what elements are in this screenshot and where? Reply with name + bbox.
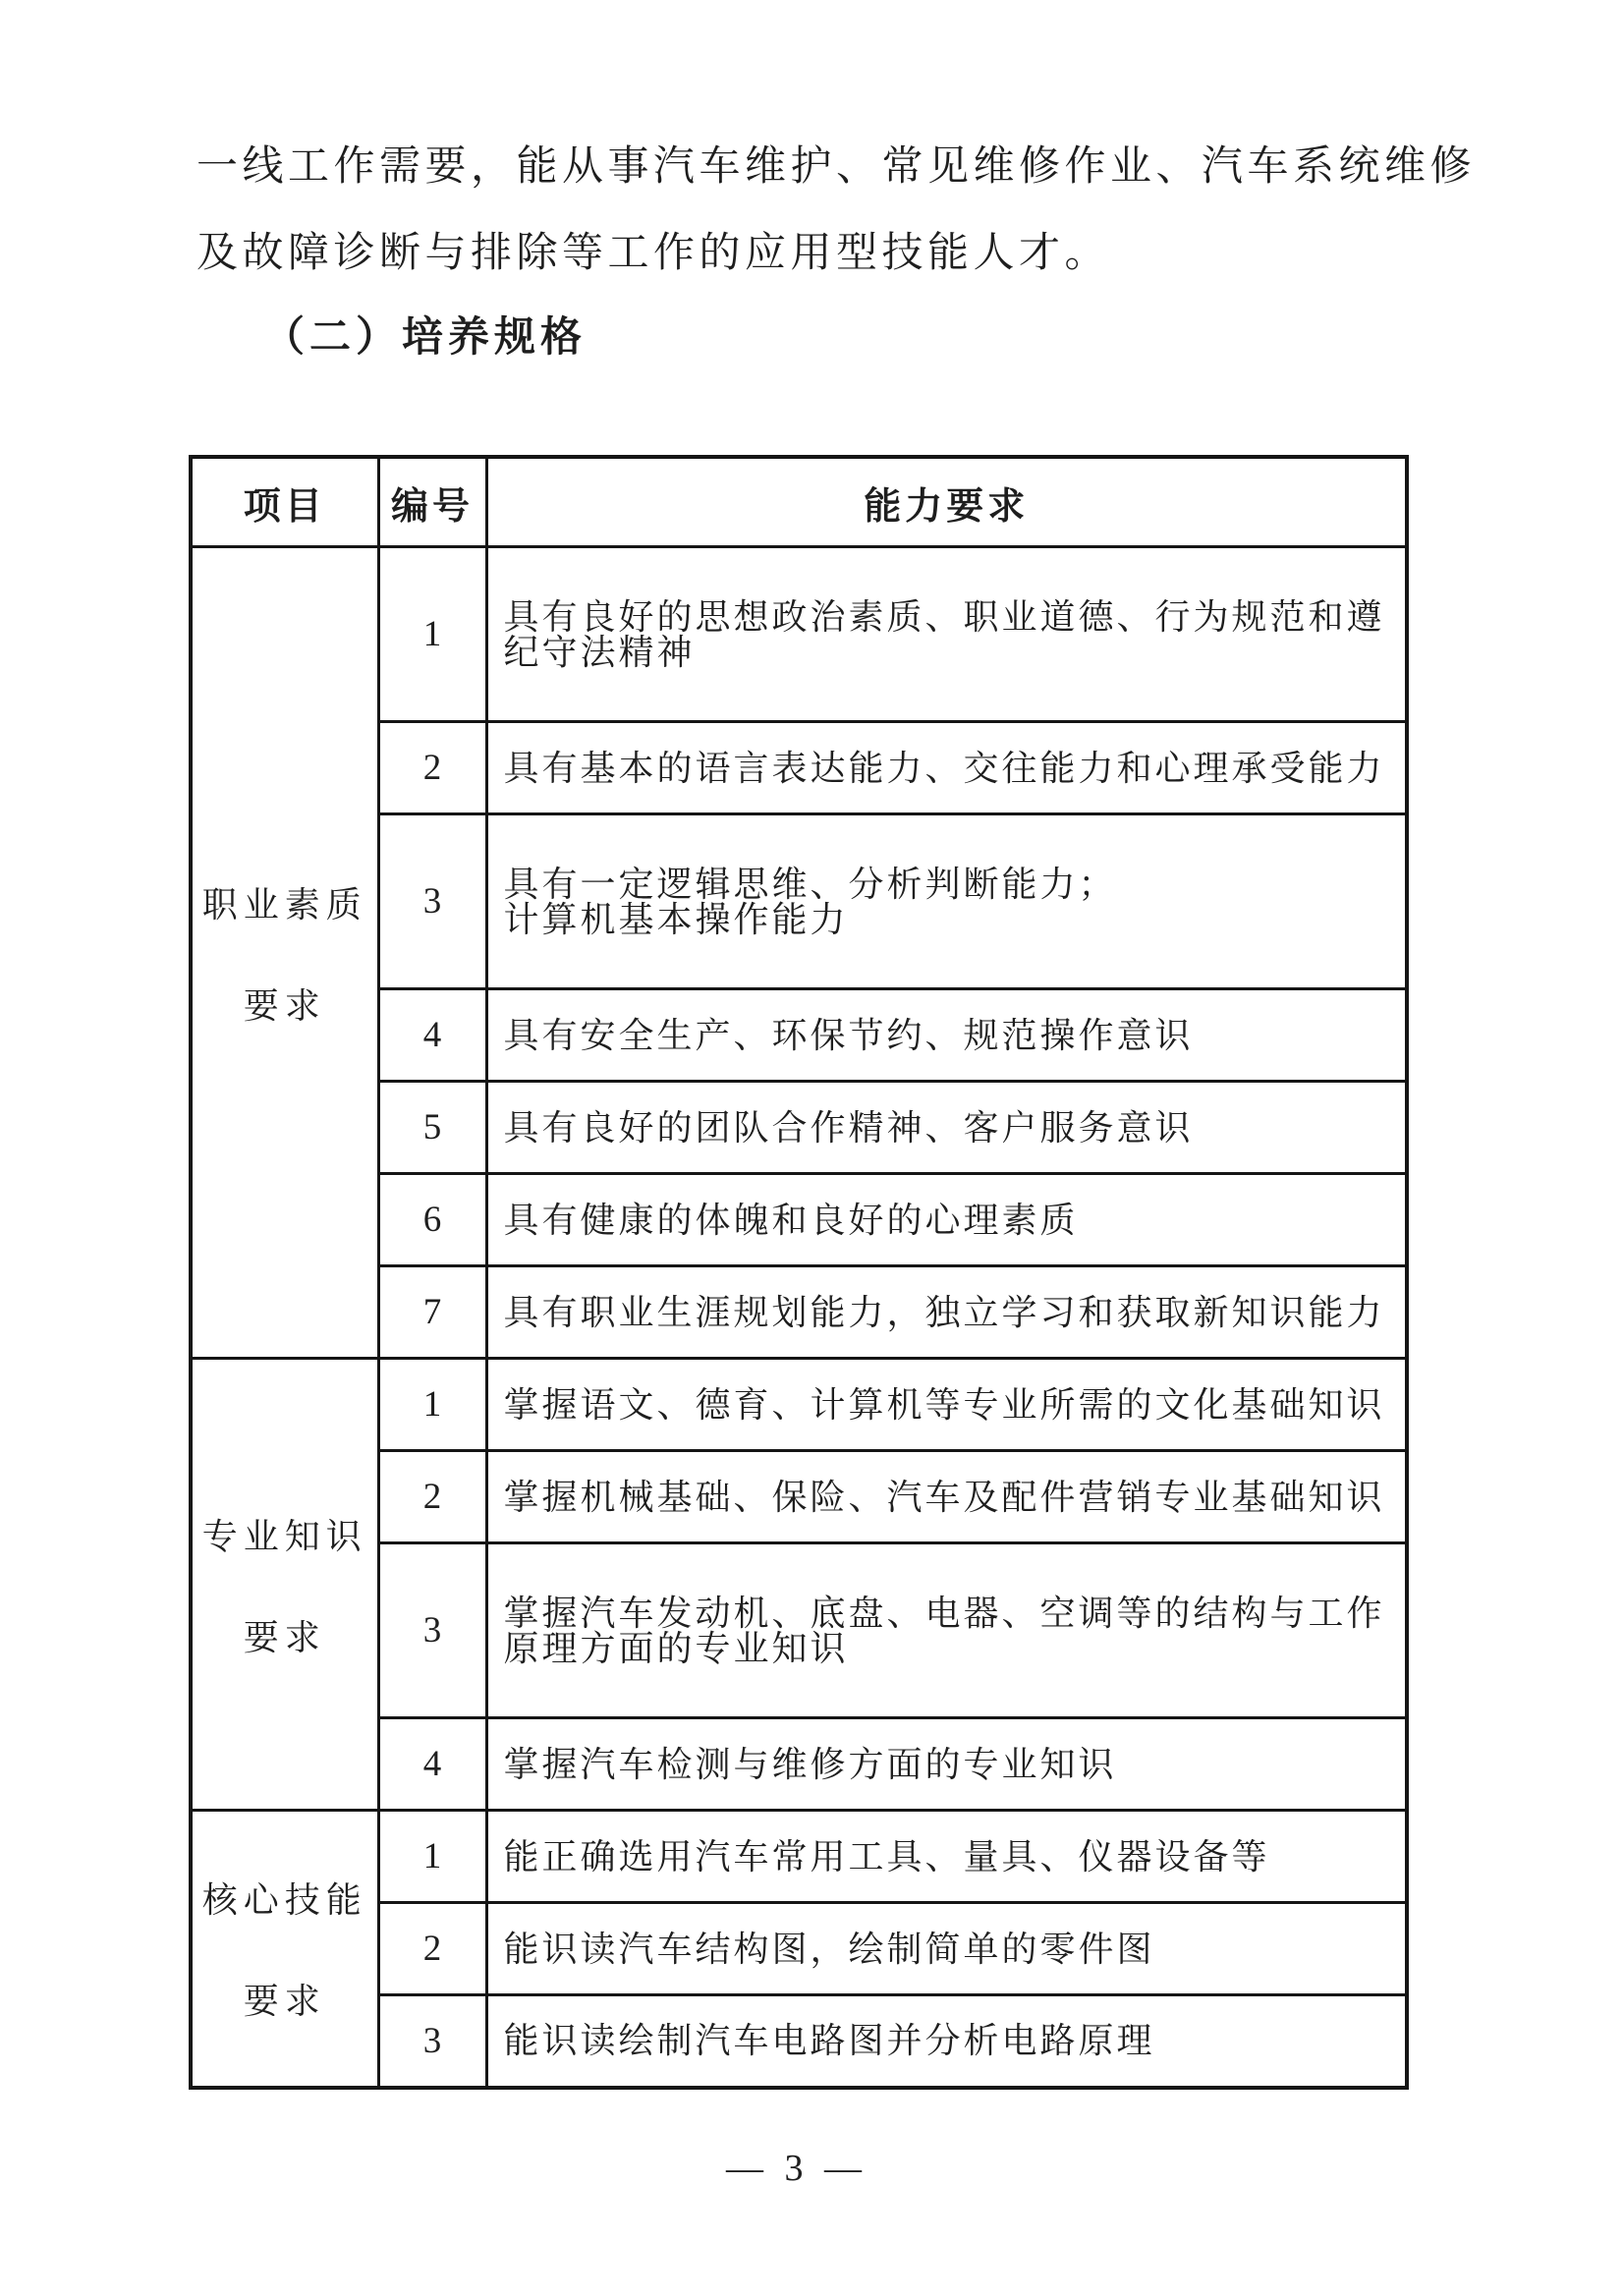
category-line: 职业素质 [193,877,377,927]
category-line: 要求 [193,1974,377,2024]
row-number-cell: 3 [378,1995,486,2088]
row-number-cell: 4 [378,1718,486,1811]
requirement-cell: 掌握汽车检测与维修方面的专业知识 [486,1718,1407,1811]
category-cell: 核心技能要求 [191,1811,378,2088]
table-header-row: 项目 编号 能力要求 [191,457,1407,547]
requirement-line: 掌握汽车检测与维修方面的专业知识 [504,1747,1390,1782]
requirement-line: 具有良好的思想政治素质、职业道德、行为规范和遵 [504,599,1390,635]
section-heading: （二）培养规格 [263,305,587,364]
row-number-cell: 3 [378,1543,486,1718]
row-number-cell: 5 [378,1082,486,1174]
requirement-cell: 能识读绘制汽车电路图并分析电路原理 [486,1995,1407,2088]
row-number-cell: 2 [378,1903,486,1995]
document-page: 一线工作需要，能从事汽车维护、常见维修作业、汽车系统维修 及故障诊断与排除等工作… [0,0,1623,2296]
header-cell-requirement: 能力要求 [486,457,1407,547]
row-number-cell: 3 [378,814,486,989]
requirement-cell: 具有安全生产、环保节约、规范操作意识 [486,989,1407,1082]
requirement-cell: 能识读汽车结构图，绘制简单的零件图 [486,1903,1407,1995]
requirement-cell: 具有良好的思想政治素质、职业道德、行为规范和遵纪守法精神 [486,547,1407,722]
requirement-line: 能识读汽车结构图，绘制简单的零件图 [504,1932,1390,1967]
category-line: 要求 [193,1610,377,1660]
requirement-line: 具有基本的语言表达能力、交往能力和心理承受能力 [504,751,1390,786]
spec-table-body: 职业素质要求1具有良好的思想政治素质、职业道德、行为规范和遵纪守法精神2具有基本… [191,547,1407,2088]
requirement-line: 掌握机械基础、保险、汽车及配件营销专业基础知识 [504,1480,1390,1515]
requirement-line: 掌握语文、德育、计算机等专业所需的文化基础知识 [504,1387,1390,1423]
spec-table: 项目 编号 能力要求 职业素质要求1具有良好的思想政治素质、职业道德、行为规范和… [189,455,1409,2090]
category-line: 专业知识 [193,1509,377,1559]
requirement-cell: 具有健康的体魄和良好的心理素质 [486,1174,1407,1266]
table-row: 职业素质要求1具有良好的思想政治素质、职业道德、行为规范和遵纪守法精神 [191,547,1407,722]
requirement-line: 具有一定逻辑思维、分析判断能力； [504,867,1390,902]
requirement-line: 原理方面的专业知识 [504,1631,1390,1666]
requirement-line: 掌握汽车发动机、底盘、电器、空调等的结构与工作 [504,1596,1390,1631]
requirement-line: 能正确选用汽车常用工具、量具、仪器设备等 [504,1839,1390,1875]
category-line: 要求 [193,979,377,1029]
row-number-cell: 1 [378,547,486,722]
row-number-cell: 4 [378,989,486,1082]
requirement-line: 计算机基本操作能力 [504,902,1390,937]
requirement-line: 具有健康的体魄和良好的心理素质 [504,1203,1390,1238]
requirement-line: 能识读绘制汽车电路图并分析电路原理 [504,2023,1390,2058]
row-number-cell: 2 [378,722,486,814]
requirement-cell: 具有职业生涯规划能力，独立学习和获取新知识能力 [486,1266,1407,1359]
row-number-cell: 7 [378,1266,486,1359]
requirement-cell: 掌握汽车发动机、底盘、电器、空调等的结构与工作原理方面的专业知识 [486,1543,1407,1718]
row-number-cell: 1 [378,1811,486,1903]
requirement-cell: 具有一定逻辑思维、分析判断能力；计算机基本操作能力 [486,814,1407,989]
requirement-cell: 具有基本的语言表达能力、交往能力和心理承受能力 [486,722,1407,814]
table-row: 专业知识要求1掌握语文、德育、计算机等专业所需的文化基础知识 [191,1359,1407,1451]
header-cell-number: 编号 [378,457,486,547]
requirement-cell: 能正确选用汽车常用工具、量具、仪器设备等 [486,1811,1407,1903]
category-line: 核心技能 [193,1873,377,1923]
requirement-line: 具有安全生产、环保节约、规范操作意识 [504,1018,1390,1053]
row-number-cell: 2 [378,1451,486,1543]
header-cell-project: 项目 [191,457,378,547]
requirement-cell: 具有良好的团队合作精神、客户服务意识 [486,1082,1407,1174]
requirement-line: 具有良好的团队合作精神、客户服务意识 [504,1110,1390,1146]
paragraph-line: 及故障诊断与排除等工作的应用型技能人才。 [196,206,1454,293]
row-number-cell: 6 [378,1174,486,1266]
category-cell: 职业素质要求 [191,547,378,1359]
requirement-line: 具有职业生涯规划能力，独立学习和获取新知识能力 [504,1295,1390,1330]
requirement-cell: 掌握语文、德育、计算机等专业所需的文化基础知识 [486,1359,1407,1451]
paragraph-line: 一线工作需要，能从事汽车维护、常见维修作业、汽车系统维修 [196,120,1454,206]
table-row: 核心技能要求1能正确选用汽车常用工具、量具、仪器设备等 [191,1811,1407,1903]
row-number-cell: 1 [378,1359,486,1451]
body-paragraph: 一线工作需要，能从事汽车维护、常见维修作业、汽车系统维修 及故障诊断与排除等工作… [196,120,1454,293]
requirement-line: 纪守法精神 [504,635,1390,670]
requirement-cell: 掌握机械基础、保险、汽车及配件营销专业基础知识 [486,1451,1407,1543]
page-number: — 3 — [189,2147,1405,2190]
category-cell: 专业知识要求 [191,1359,378,1811]
